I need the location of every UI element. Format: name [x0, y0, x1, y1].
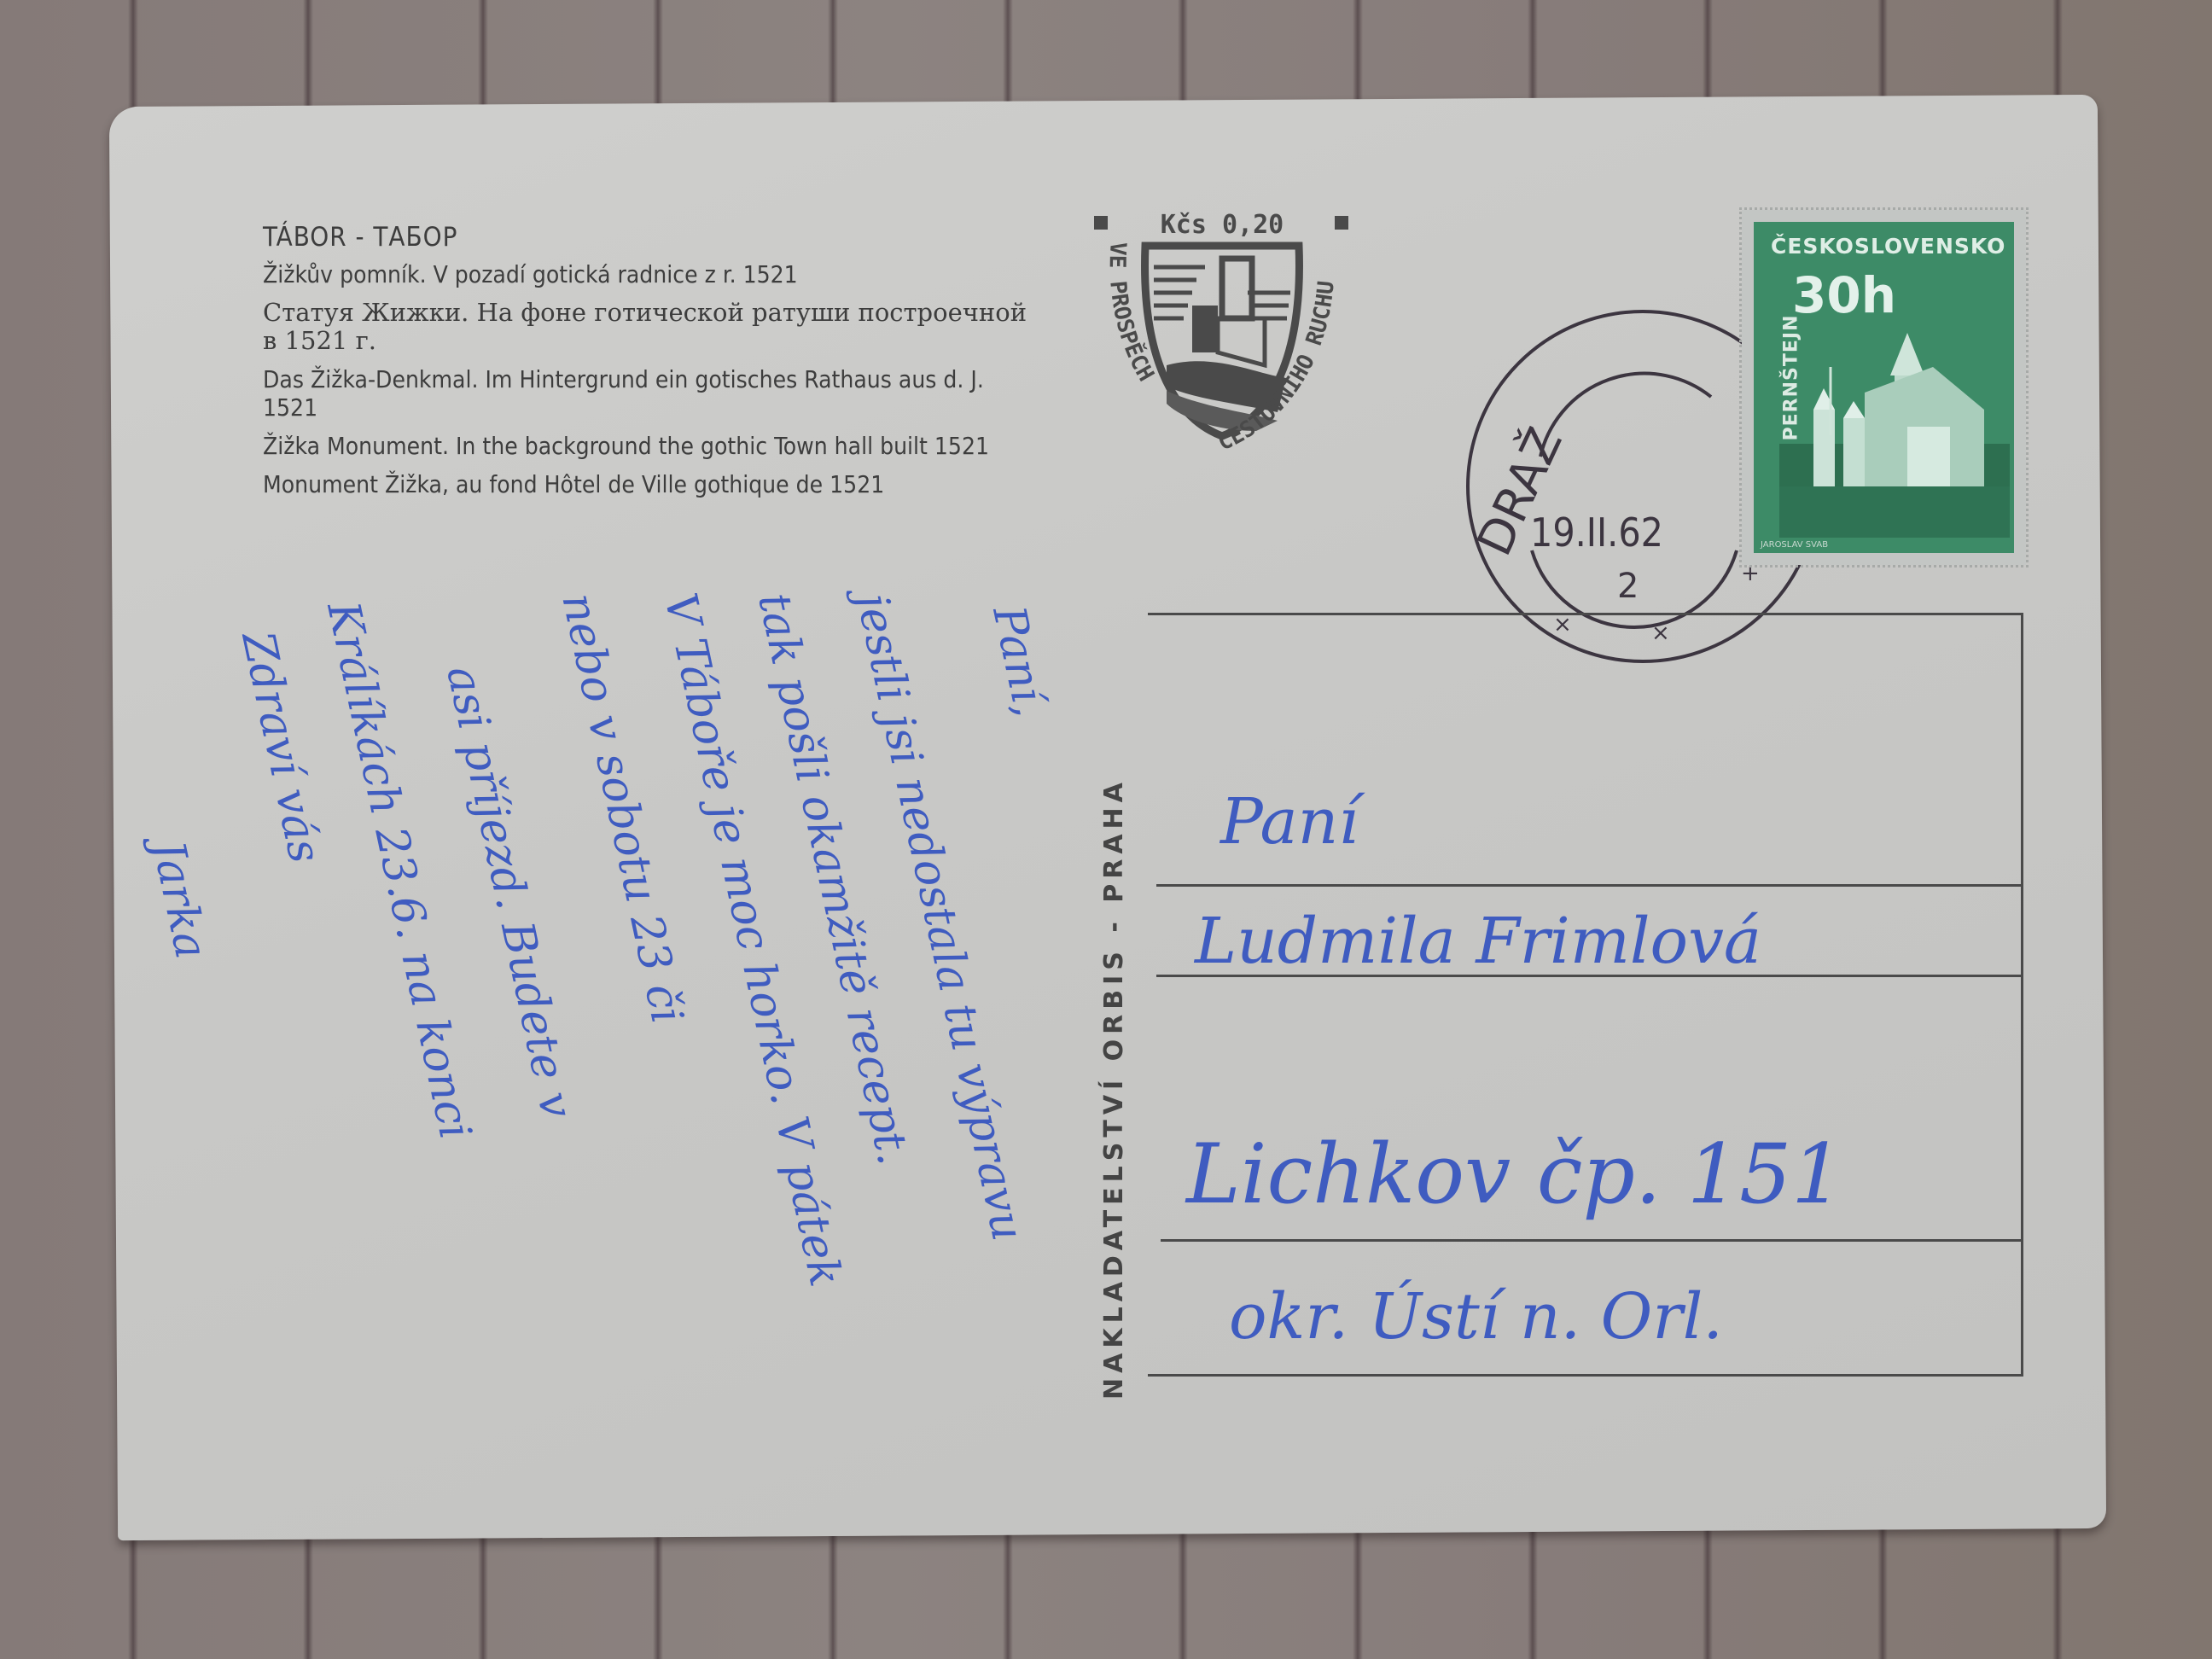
address-line-1 — [1156, 884, 2023, 887]
caption-english: Žižka Monument. In the background the go… — [263, 432, 1031, 460]
stamp-country: ČESKOSLOVENSKO — [1771, 234, 2005, 259]
address-line-3 — [1161, 1239, 2023, 1242]
postmark-number: 2 — [1617, 567, 1639, 606]
svg-text:+: + — [1741, 561, 1760, 586]
castle-shield-icon: Kčs 0,20 VE PROSPĚCH CESTOVNÍHO RUCHU — [1086, 207, 1359, 463]
address-name: Ludmila Frimlová — [1195, 905, 1761, 978]
caption-french: Monument Žižka, au fond Hôtel de Ville g… — [263, 470, 1031, 498]
address-street: Lichkov čp. 151 — [1186, 1126, 1843, 1222]
tourism-tax-stamp: Kčs 0,20 VE PROSPĚCH CESTOVNÍHO RUCHU — [1086, 207, 1359, 463]
caption-german: Das Žižka-Denkmal. Im Hintergrund ein go… — [263, 365, 1031, 422]
address-box-right — [2021, 613, 2023, 1377]
postage-stamp: ČESKOSLOVENSKO 30h PERNŠTEJN JAROSLAV SV… — [1754, 222, 2014, 553]
caption-russian: Статуя Жижки. На фоне готической ратуши … — [263, 299, 1031, 355]
svg-text:×: × — [1553, 612, 1572, 637]
castle-icon — [1779, 316, 2010, 538]
tax-value: Kčs 0,20 — [1161, 210, 1284, 240]
caption-block: TÁBOR - ТАБОР Žižkův pomník. V pozadí go… — [263, 224, 1031, 509]
address-salutation: Paní — [1220, 785, 1359, 859]
publisher-imprint: NAKLADATELSTVÍ ORBIS - PRAHA — [1099, 777, 1129, 1400]
address-district: okr. Ústí n. Orl. — [1229, 1280, 1723, 1353]
caption-czech: Žižkův pomník. V pozadí gotická radnice … — [263, 260, 1031, 288]
caption-title: TÁBOR - ТАБОР — [263, 224, 1031, 252]
stamp-designer: JAROSLAV SVAB — [1761, 540, 1828, 550]
address-line-4 — [1148, 1374, 2023, 1377]
address-box-top — [1148, 613, 2023, 615]
postmark-date: 19.II.62 — [1530, 509, 1663, 556]
svg-text:×: × — [1651, 620, 1670, 646]
